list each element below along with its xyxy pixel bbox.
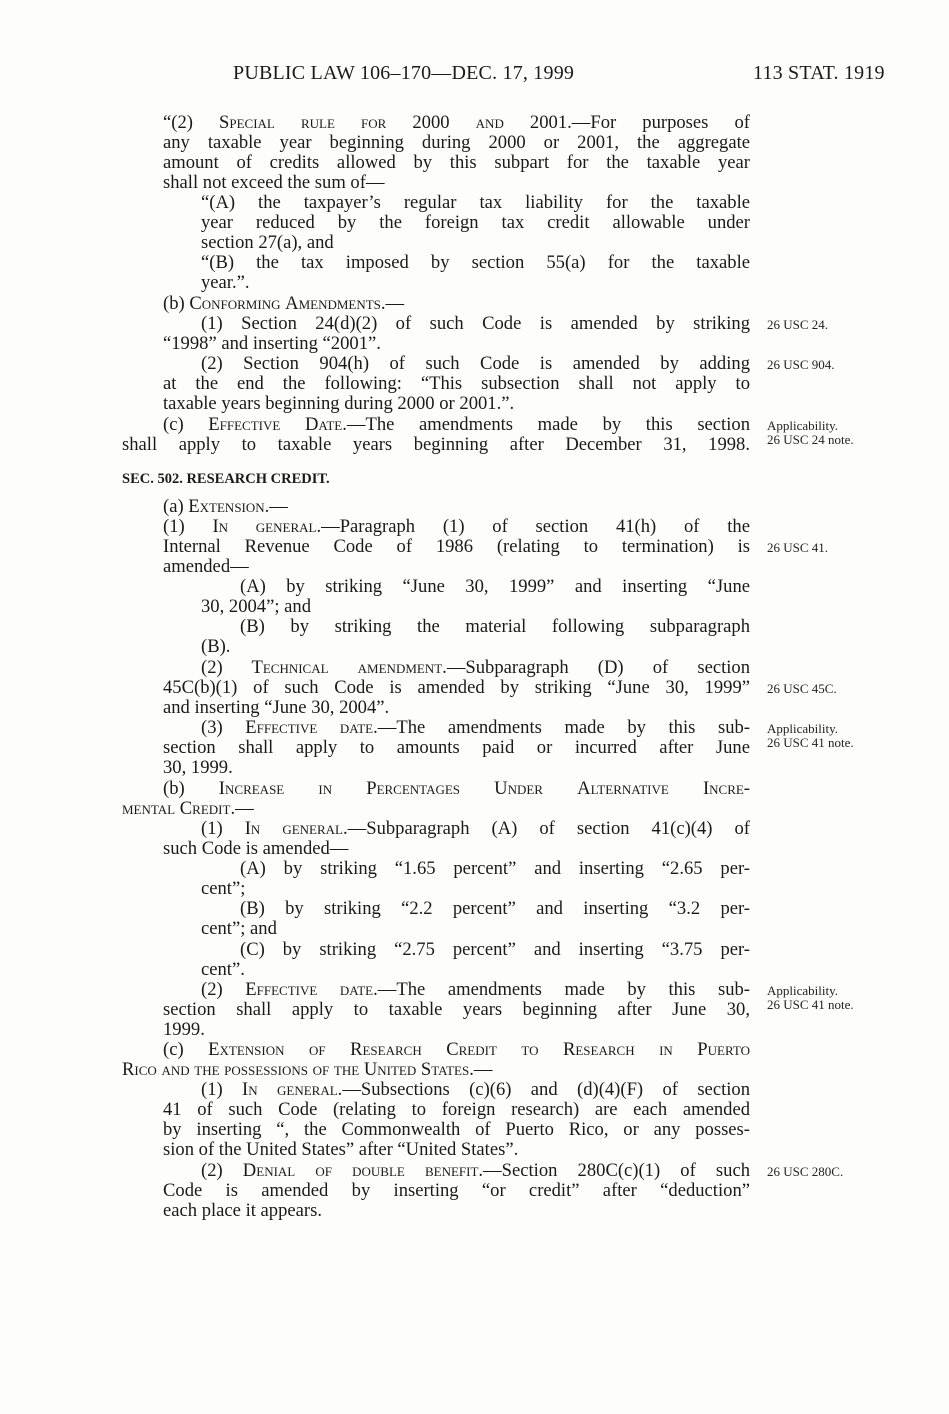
small-caps-heading: xtension bbox=[200, 496, 265, 517]
text-line: “(A) the taxpayer’s regular tax liabilit… bbox=[201, 193, 750, 213]
text-line: 1999. bbox=[163, 1020, 750, 1040]
text-line: Internal Revenue Code of 1986 (relating … bbox=[163, 537, 750, 557]
text-line: “1998” and inserting “2001”. bbox=[163, 334, 750, 354]
text-line: (1) Section 24(d)(2) of such Code is ame… bbox=[201, 314, 750, 334]
small-caps-heading: nited bbox=[377, 1059, 421, 1080]
statute-page: PUBLIC LAW 106–170—DEC. 17, 1999 113 STA… bbox=[0, 0, 949, 1414]
small-caps-heading: nder bbox=[508, 778, 578, 799]
small-caps-heading: ncrease in bbox=[225, 778, 366, 799]
text-line: section shall apply to taxable years beg… bbox=[163, 1000, 750, 1020]
text-line: shall apply to taxable years beginning a… bbox=[122, 435, 750, 455]
text-line: shall not exceed the sum of— bbox=[163, 173, 750, 193]
small-caps-heading: onforming bbox=[202, 293, 285, 314]
text-line: (B) by striking the material following s… bbox=[240, 617, 750, 637]
text-line: sion of the United States” after “United… bbox=[163, 1140, 750, 1160]
text-line: (c) Effective Date.—The amendments made … bbox=[163, 415, 750, 435]
text-line: such Code is amended— bbox=[163, 839, 750, 859]
text-line: section 27(a), and bbox=[201, 233, 750, 253]
text-line: Code is amended by inserting “or credit”… bbox=[163, 1181, 750, 1201]
small-caps-heading: ffective date bbox=[257, 979, 374, 1000]
text-line: taxable years beginning during 2000 or 2… bbox=[163, 394, 750, 414]
small-caps-heading: pecial rule for 2000 and 2001. bbox=[229, 112, 571, 133]
text-line: (3) Effective date.—The amendments made … bbox=[201, 718, 750, 738]
small-caps-heading: echnical amendment bbox=[263, 657, 442, 678]
small-caps-heading: xtension of bbox=[219, 1039, 350, 1060]
small-caps-heading: ffective bbox=[220, 414, 305, 435]
text-line: (B). bbox=[201, 637, 750, 657]
text-line: each place it appears. bbox=[163, 1201, 750, 1221]
text-line: by inserting “, the Commonwealth of Puer… bbox=[163, 1120, 750, 1140]
margin-note: 26 USC 24 note. bbox=[767, 431, 854, 449]
small-caps-heading: mendments bbox=[299, 293, 381, 314]
text-line: (b) Increase in Percentages Under Altern… bbox=[163, 779, 750, 799]
text-line: amended— bbox=[163, 557, 750, 577]
section-heading: SEC. 502. RESEARCH CREDIT. bbox=[122, 471, 330, 488]
text-line: year reduced by the foreign tax credit a… bbox=[201, 213, 750, 233]
small-caps-heading: ffective date bbox=[257, 717, 374, 738]
text-line: (A) by striking “1.65 percent” and inser… bbox=[240, 859, 750, 879]
text-line: (B) by striking “2.2 percent” and insert… bbox=[240, 899, 750, 919]
running-header-page-ref: 113 STAT. 1919 bbox=[753, 62, 885, 85]
small-caps-heading: ercentages bbox=[377, 778, 495, 799]
text-line: cent”. bbox=[201, 960, 750, 980]
margin-note: 26 USC 280C. bbox=[767, 1163, 843, 1181]
small-caps-heading: ncre- bbox=[709, 778, 750, 799]
text-line: year.”. bbox=[201, 273, 750, 293]
text-line: 30, 1999. bbox=[163, 758, 750, 778]
text-line: (C) by striking “2.75 percent” and inser… bbox=[240, 940, 750, 960]
small-caps-heading: redit bbox=[192, 798, 230, 819]
text-line: (1) In general.—Subsections (c)(6) and (… bbox=[201, 1080, 750, 1100]
text-line: (2) Denial of double benefit.—Section 28… bbox=[201, 1161, 750, 1181]
text-line: “(2) Special rule for 2000 and 2001.—For… bbox=[163, 113, 750, 133]
text-line: and inserting “June 30, 2004”. bbox=[163, 698, 750, 718]
small-caps-heading: n general bbox=[251, 818, 343, 839]
text-line: at the end the following: “This subsecti… bbox=[163, 374, 750, 394]
text-line: mental Credit.— bbox=[122, 799, 750, 819]
text-line: cent”; and bbox=[201, 919, 750, 939]
text-line: (1) In general.—Subparagraph (A) of sect… bbox=[201, 819, 750, 839]
small-caps-heading: esearch bbox=[362, 1039, 446, 1060]
text-line: amount of credits allowed by this subpar… bbox=[163, 153, 750, 173]
margin-note: 26 USC 45C. bbox=[767, 680, 837, 698]
small-caps-heading: ico and the possessions of the bbox=[134, 1059, 363, 1080]
text-line: cent”; bbox=[201, 879, 750, 899]
text-line: (c) Extension of Research Credit to Rese… bbox=[163, 1040, 750, 1060]
small-caps-heading: lternative bbox=[591, 778, 703, 799]
text-line: (2) Effective date.—The amendments made … bbox=[201, 980, 750, 1000]
text-line: 41 of such Code (relating to foreign res… bbox=[163, 1100, 750, 1120]
text-line: (2) Section 904(h) of such Code is amend… bbox=[201, 354, 750, 374]
text-line: 45C(b)(1) of such Code is amended by str… bbox=[163, 678, 750, 698]
small-caps-heading: n general bbox=[219, 516, 317, 537]
small-caps-heading: mental bbox=[122, 798, 180, 819]
text-line: (1) In general.—Paragraph (1) of section… bbox=[163, 517, 750, 537]
text-line: any taxable year beginning during 2000 o… bbox=[163, 133, 750, 153]
margin-note: 26 USC 904. bbox=[767, 356, 835, 374]
small-caps-heading: uerto bbox=[708, 1039, 750, 1060]
text-line: (A) by striking “June 30, 1999” and inse… bbox=[240, 577, 750, 597]
small-caps-heading: redit to bbox=[459, 1039, 563, 1060]
small-caps-heading: tates bbox=[431, 1059, 469, 1080]
small-caps-heading: n general bbox=[248, 1079, 337, 1100]
running-header-title: PUBLIC LAW 106–170—DEC. 17, 1999 bbox=[233, 62, 574, 85]
text-line: (b) Conforming Amendments.— bbox=[163, 294, 750, 314]
small-caps-heading: enial of double benefit bbox=[256, 1160, 478, 1181]
margin-note: 26 USC 41. bbox=[767, 539, 828, 557]
margin-note: 26 USC 24. bbox=[767, 316, 828, 334]
text-line: 30, 2004”; and bbox=[201, 597, 750, 617]
margin-note: 26 USC 41 note. bbox=[767, 996, 854, 1014]
text-line: (a) Extension.— bbox=[163, 497, 750, 517]
text-line: “(B) the tax imposed by section 55(a) fo… bbox=[201, 253, 750, 273]
small-caps-heading: ate bbox=[318, 414, 342, 435]
text-line: section shall apply to amounts paid or i… bbox=[163, 738, 750, 758]
text-line: Rico and the possessions of the United S… bbox=[122, 1060, 750, 1080]
margin-note: 26 USC 41 note. bbox=[767, 734, 854, 752]
text-line: (2) Technical amendment.—Subparagraph (D… bbox=[201, 658, 750, 678]
small-caps-heading: esearch in bbox=[575, 1039, 697, 1060]
